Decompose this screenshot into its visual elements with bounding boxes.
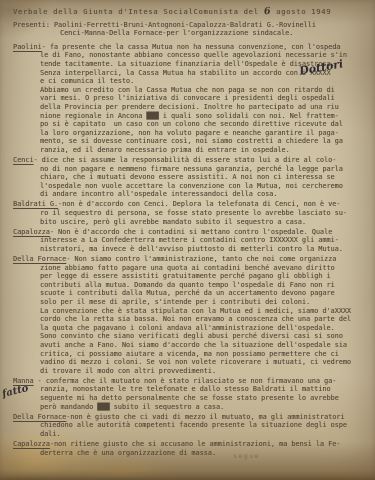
speaker-name: Della Fornace bbox=[13, 413, 66, 421]
text-line: vadino di mezzo i coloni. Se voi non vol… bbox=[40, 358, 368, 367]
text-line: nistratori, ma invece è dell'avviso piut… bbox=[40, 245, 368, 254]
text-line: derterra che è una organizzazione di mas… bbox=[40, 449, 368, 458]
text-line: La convenzione che è stata stipulata con… bbox=[40, 307, 368, 316]
text-line: e ci comunica il testo. bbox=[40, 77, 368, 86]
text-line: Sono convinto che siano verificati degli… bbox=[40, 332, 368, 341]
text-line: di andare incontro all'ospedale interess… bbox=[40, 190, 368, 199]
text-line: ranzia, ed il denaro necessario prima di… bbox=[40, 146, 368, 155]
text-line: l'ospedale non vuole accettare la conven… bbox=[40, 182, 368, 191]
entry-text: non ritiene giusto che si accusano le am… bbox=[54, 440, 340, 448]
text-line: mento, se si dovesse continuare così, no… bbox=[40, 137, 368, 146]
title-pre: Verbale della Giunta d'Intesa SocialComu… bbox=[13, 8, 264, 16]
entry-text: fa presente che la cassa Mutua non ha ne… bbox=[50, 43, 341, 51]
text-line: la quota che pagavano i coloni andava al… bbox=[40, 324, 368, 333]
speaker-name: Capalozza bbox=[13, 228, 50, 236]
scan-bottom-edge bbox=[0, 471, 375, 480]
text-line: nione regionale in Ancona ███ i quali so… bbox=[40, 112, 368, 121]
entry-text: conferma che il mutuato non è stato rila… bbox=[46, 377, 337, 385]
text-line: le di Fano, nonostante abbiano concesso … bbox=[40, 51, 368, 60]
text-line: solo per il mese di aprile, s'intende pe… bbox=[40, 298, 368, 307]
title-post: agosto 1949 bbox=[271, 8, 331, 16]
text-line: ro il sequestro di persona, se fosse sta… bbox=[40, 209, 368, 218]
text-line: Capalozza- Non è d'accordo che i contadi… bbox=[13, 228, 368, 237]
minute-entry: Della Fornace-non è giusto che ci vadi d… bbox=[13, 413, 368, 439]
text-line: della Provincia per prendere decisioni. … bbox=[40, 103, 368, 112]
text-line: zione abbiamo fatto pagare una quota ai … bbox=[40, 264, 368, 273]
speaker-name: Baldrati G. bbox=[13, 200, 58, 208]
text-line: seguente mi ha detto personalmente che s… bbox=[40, 394, 368, 403]
minute-entry: Cenci- dice che si assume la responsabil… bbox=[13, 156, 368, 199]
entry-text: dice che si assume la responsabilità di … bbox=[42, 156, 337, 164]
text-line: Cenci- dice che si assume la responsabil… bbox=[13, 156, 368, 165]
text-line: di trovare il modo con altri provvedimen… bbox=[40, 367, 368, 376]
text-line: Abbiamo un credito con la Cassa Mutua ch… bbox=[40, 86, 368, 95]
text-line: però mandando ███ subito il sequestro a … bbox=[40, 403, 368, 412]
text-line: dali. bbox=[40, 430, 368, 439]
text-line: per legge di essere assistiti gratuitame… bbox=[40, 272, 368, 281]
text-line: cordo che la retta sia bassa. Noi non er… bbox=[40, 315, 368, 324]
text-line: Paolini- fa presente che la cassa Mutua … bbox=[13, 43, 368, 52]
text-line: Della Fornace- Non siamo contro l'ammini… bbox=[13, 255, 368, 264]
text-line: no di non pagare e nemmeno firmare nessu… bbox=[40, 165, 368, 174]
text-line: la loro organizzazione, non ha voluto pa… bbox=[40, 129, 368, 138]
minute-entry: Capalozza- Non è d'accordo che i contadi… bbox=[13, 228, 368, 254]
document-body: Verbale della Giunta d'Intesa SocialComu… bbox=[13, 8, 368, 457]
handwritten-date-mark: 6 bbox=[263, 8, 271, 17]
page-footer-segue: segue bbox=[233, 452, 260, 460]
entry-text: non è d'accordo con Cenci. Deplora la te… bbox=[62, 200, 340, 208]
speaker-name: Capalozza bbox=[13, 440, 50, 448]
speaker-separator: - bbox=[50, 228, 58, 236]
speaker-name: Cenci bbox=[13, 156, 33, 164]
attendees-line-1: Presenti: Paolini-Ferretti-Bruni-Antogno… bbox=[13, 21, 368, 30]
entry-text: non è giusto che ci vadi di mezzo il mut… bbox=[70, 413, 344, 421]
text-line: Della Fornace-non è giusto che ci vadi d… bbox=[13, 413, 368, 422]
text-line: avuti anche a Fano. Noi siamo d'accordo … bbox=[40, 341, 368, 350]
minute-entry: Baldrati G.-non è d'accordo con Cenci. D… bbox=[13, 200, 368, 226]
minute-entry: Della Fornace- Non siamo contro l'ammini… bbox=[13, 255, 368, 375]
text-line: Baldrati G.-non è d'accordo con Cenci. D… bbox=[13, 200, 368, 209]
text-line: vari mesi. O preso l'iniziativa di convo… bbox=[40, 94, 368, 103]
minute-entry: Manna - conferma che il mutuato non è st… bbox=[13, 377, 368, 411]
text-line: critica, ci possiamo aiutare a vicenda, … bbox=[40, 350, 368, 359]
speaker-separator: - bbox=[33, 377, 45, 385]
entry-text: Non è d'accordo che i contadini si metta… bbox=[58, 228, 332, 236]
text-line: Manna - conferma che il mutuato non è st… bbox=[13, 377, 368, 386]
attendees-line-2: Cenci-Manna-Della Fornace-per l'organizz… bbox=[60, 29, 368, 38]
speaker-name: Della Fornace bbox=[13, 255, 66, 263]
entry-text: Non siamo contro l'amministrazione, tant… bbox=[74, 255, 336, 263]
speaker-name: Paolini bbox=[13, 43, 42, 51]
text-line: chiedono alle autorità competenti facend… bbox=[40, 421, 368, 430]
speaker-separator: - bbox=[33, 156, 41, 164]
minute-entry: Paolini- fa presente che la cassa Mutua … bbox=[13, 43, 368, 155]
text-line: Capalozza-non ritiene giusto che si accu… bbox=[13, 440, 368, 449]
text-line: ranzia, nonostante le tre telefonate e d… bbox=[40, 385, 368, 394]
page-title: Verbale della Giunta d'Intesa SocialComu… bbox=[13, 8, 368, 17]
text-line: scuote i contributi dalla Mutua, perché … bbox=[40, 289, 368, 298]
text-line: bito uscire, però gli avrebbe mandato su… bbox=[40, 218, 368, 227]
text-line: chiaro, che i mutuati devono essere assi… bbox=[40, 173, 368, 182]
text-line: contributi alla mutua. Domando da quanto… bbox=[40, 281, 368, 290]
text-line: po si è capitato un caso con un colono c… bbox=[40, 120, 368, 129]
text-line: interesse a La Confederterra mettere i c… bbox=[40, 236, 368, 245]
minute-entry: Capalozza-non ritiene giusto che si accu… bbox=[13, 440, 368, 457]
speaker-separator: - bbox=[42, 43, 50, 51]
scanned-minutes-page: Verbale della Giunta d'Intesa SocialComu… bbox=[0, 0, 375, 480]
